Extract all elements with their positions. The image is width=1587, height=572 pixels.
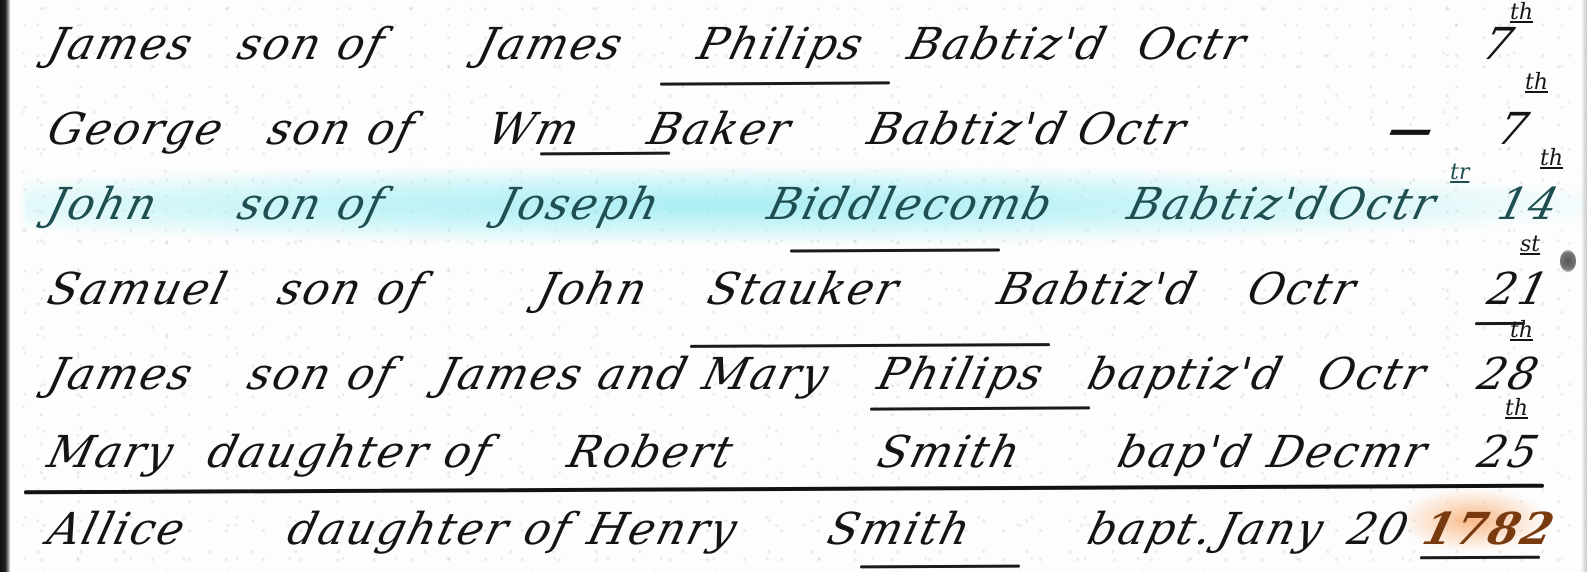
day: 28 [1472,349,1545,400]
month: Octr [1322,179,1442,230]
day-ordinal: th [1505,396,1528,421]
day: 21 [1482,264,1555,315]
register-entry: James son of James and Mary Philips bapt… [0,340,1587,410]
month-superscript: tr [1450,160,1469,185]
surname-underline [860,565,1020,569]
register-entry: Mary daughter of Robert Smith bap'd Decm… [0,418,1587,488]
parent-name: James and Mary [432,349,835,400]
register-page: James son of James Philips Babtiz'd Octr… [0,0,1587,572]
surname: Philips [692,19,870,70]
parent-name: James [472,19,629,70]
event: Babtiz'd [902,19,1113,70]
day-ordinal: th [1510,318,1533,343]
day: 20 [1342,504,1415,555]
register-entry: Allice daughter of Henry Smith bapt. Jan… [0,495,1587,565]
relation: son of [232,19,391,70]
relation: daughter of [202,427,497,478]
surname-underline [660,81,890,85]
relation: son of [272,264,431,315]
day: 14 [1492,179,1565,230]
month: Decmr [1262,427,1433,478]
month: Octr [1132,19,1252,70]
register-entry-highlighted: John son of Joseph Biddlecomb Babtiz'd O… [0,170,1587,240]
event: Babtiz'd [1122,179,1333,230]
parent-name: John [532,264,654,315]
surname: Biddlecomb [762,179,1059,230]
parent-name: Henry [582,504,743,555]
day-ordinal: st [1520,232,1540,257]
month: Octr [1242,264,1362,315]
register-entry: James son of James Philips Babtiz'd Octr… [0,10,1587,80]
child-name: Samuel [42,264,233,315]
year-underline [1420,556,1540,560]
child-name: Allice [42,504,191,555]
month: Octr [1072,104,1192,155]
parent-name: Joseph [492,179,666,230]
surname: Baker [642,104,797,155]
dash: — [1382,104,1441,155]
day: 7 [1492,104,1535,155]
child-name: James [42,19,199,70]
day-ordinal: th [1540,146,1563,171]
register-entry: George son of Wm Baker Babtiz'd Octr — 7 [0,95,1587,165]
child-name: James [42,349,199,400]
surname: Philips [872,349,1050,400]
day-ordinal: th [1510,0,1533,25]
relation: son of [232,179,391,230]
month: Jany [1212,504,1330,555]
event: Babtiz'd [862,104,1073,155]
event: bap'd [1112,427,1258,478]
register-entry: Samuel son of John Stauker Babtiz'd Octr… [0,255,1587,325]
year: 1782 [1417,504,1560,555]
relation: son of [242,349,401,400]
day: 25 [1472,427,1545,478]
child-name: George [42,104,230,155]
event: Babtiz'd [992,264,1203,315]
day: 7 [1477,19,1520,70]
relation: daughter of [282,504,577,555]
surname: Smith [822,504,977,555]
month: Octr [1312,349,1432,400]
surname: Smith [872,427,1027,478]
day-ordinal: th [1525,70,1548,95]
child-name: John [42,179,164,230]
child-name: Mary [42,427,180,478]
parent-name: Wm [482,104,586,155]
event: bapt. [1082,504,1219,555]
surname: Stauker [702,264,905,315]
surname-underline [790,248,1000,252]
event: baptiz'd [1082,349,1288,400]
parent-name: Robert [562,427,739,478]
relation: son of [262,104,421,155]
